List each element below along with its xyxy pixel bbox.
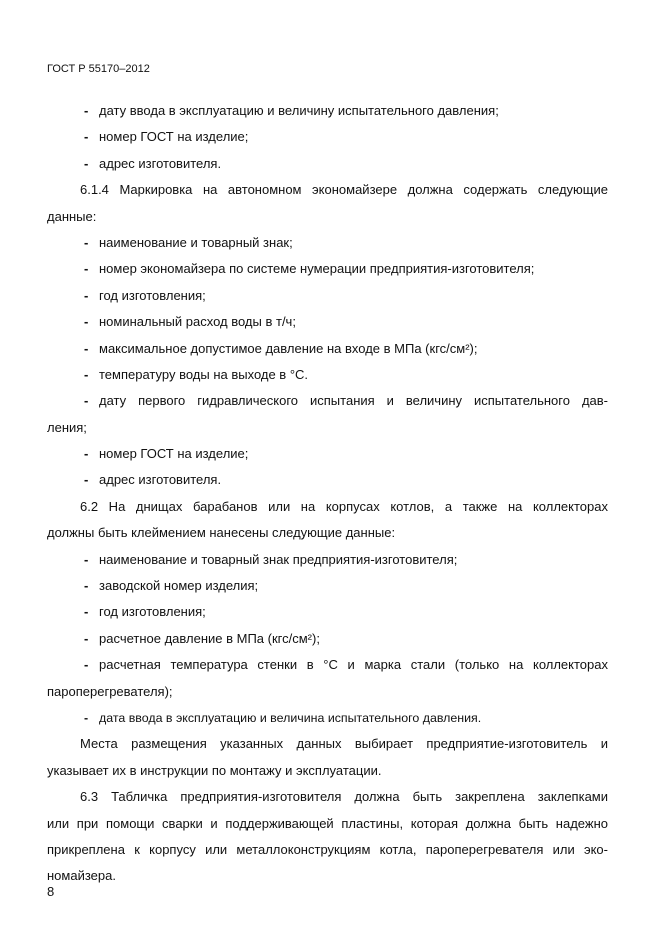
dash-bullet-icon: - xyxy=(84,256,88,282)
dash-bullet-icon: - xyxy=(84,336,88,362)
dash-bullet-icon: - xyxy=(84,151,88,177)
paragraph-placement-line: указывает их в инструкции по монтажу и э… xyxy=(47,758,608,784)
document-header: ГОСТ Р 55170–2012 xyxy=(47,63,150,75)
list-item: -расчетное давление в МПа (кгс/см²); xyxy=(47,626,608,652)
dash-bullet-icon: - xyxy=(84,705,88,731)
list-item-continuation: пароперегревателя); xyxy=(47,679,608,705)
paragraph-6-3-line: или при помощи сварки и поддерживающей п… xyxy=(47,811,608,837)
list-item: -дату ввода в эксплуатацию и величину ис… xyxy=(47,98,608,124)
list-item: -дата ввода в эксплуатацию и величина ис… xyxy=(47,705,608,731)
paragraph-6-1-4-line: 6.1.4 Маркировка на автономном экономайз… xyxy=(47,177,608,203)
list-item: -номер ГОСТ на изделие; xyxy=(47,441,608,467)
dash-bullet-icon: - xyxy=(84,388,88,414)
paragraph-6-2-line: 6.2 На днищах барабанов или на корпусах … xyxy=(47,494,608,520)
dash-bullet-icon: - xyxy=(84,652,88,678)
list-item: -год изготовления; xyxy=(47,599,608,625)
dash-bullet-icon: - xyxy=(84,467,88,493)
list-item: -адрес изготовителя. xyxy=(47,151,608,177)
list-item: -год изготовления; xyxy=(47,283,608,309)
document-body: -дату ввода в эксплуатацию и величину ис… xyxy=(47,98,608,890)
list-item-continuation: ления; xyxy=(47,415,608,441)
dash-bullet-icon: - xyxy=(84,283,88,309)
dash-bullet-icon: - xyxy=(84,441,88,467)
paragraph-placement-line: Места размещения указанных данных выбира… xyxy=(47,731,608,757)
list-item: -адрес изготовителя. xyxy=(47,467,608,493)
dash-bullet-icon: - xyxy=(84,98,88,124)
list-item: -номинальный расход воды в т/ч; xyxy=(47,309,608,335)
dash-bullet-icon: - xyxy=(84,230,88,256)
list-item: -заводской номер изделия; xyxy=(47,573,608,599)
paragraph-6-2-line: должны быть клеймением нанесены следующи… xyxy=(47,520,608,546)
paragraph-6-1-4-line: данные: xyxy=(47,204,608,230)
list-item: -наименование и товарный знак; xyxy=(47,230,608,256)
list-item: -температуру воды на выходе в °С. xyxy=(47,362,608,388)
dash-bullet-icon: - xyxy=(84,547,88,573)
dash-bullet-icon: - xyxy=(84,362,88,388)
paragraph-6-3-line: прикреплена к корпусу или металлоконстру… xyxy=(47,837,608,863)
dash-bullet-icon: - xyxy=(84,573,88,599)
dash-bullet-icon: - xyxy=(84,124,88,150)
list-item: -наименование и товарный знак предприяти… xyxy=(47,547,608,573)
paragraph-6-3-line: номайзера. xyxy=(47,863,608,889)
page-number: 8 xyxy=(47,884,54,899)
dash-bullet-icon: - xyxy=(84,309,88,335)
paragraph-6-3-line: 6.3 Табличка предприятия-изготовителя до… xyxy=(47,784,608,810)
dash-bullet-icon: - xyxy=(84,599,88,625)
list-item: -расчетная температура стенки в °С и мар… xyxy=(47,652,608,678)
list-item: -максимальное допустимое давление на вхо… xyxy=(47,336,608,362)
list-item: -номер ГОСТ на изделие; xyxy=(47,124,608,150)
dash-bullet-icon: - xyxy=(84,626,88,652)
list-item: -номер экономайзера по системе нумерации… xyxy=(47,256,608,282)
list-item: -дату первого гидравлического испытания … xyxy=(47,388,608,414)
document-page: ГОСТ Р 55170–2012 -дату ввода в эксплуат… xyxy=(0,0,661,935)
